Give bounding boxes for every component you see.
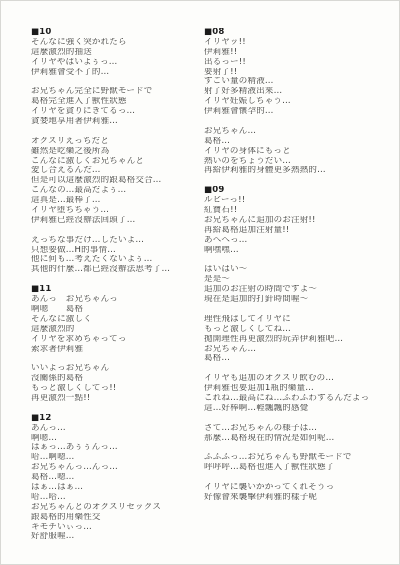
text-block: ふふふっ…お兄ちゃんも野獣モードで呼呼呼…葛格也進入了獸性狀態了 [204,453,392,473]
text-line: 他に何も…考えたくないよぅ… [31,255,203,265]
text-block: さて…お兄ちゃんの様子は…那麼…葛格現在的情況是如何呢… [204,424,392,444]
text-line: こんなに激しくお兄ちゃんと [31,157,203,167]
text-line: 其他的什麼…都已經沒辦法思考了… [31,265,203,275]
text-line: 追加のお注射の時間ですよ～ [204,285,392,295]
text-line: 索求著伊莉雅 [31,345,203,355]
text-block: お兄ちゃん…葛格…イリヤの身体にもっと熱いのをちょうだい…再給伊莉雅的身體更多熱… [204,127,392,176]
text-line: これね…最高にね…ふわふわするんだよっ [204,394,392,404]
text-block: ■08イリヤッ!!伊莉雅!!出るっー!!要射了!!すごい量の精液…射了好多精液出… [204,28,392,117]
text-line: そんなに激しく [31,315,203,325]
text-line: お兄ちゃん完全に野獣モードで [31,87,203,97]
text-line: 呼呼呼…葛格也進入了獸性狀態了 [204,463,392,473]
text-block: 理性飛ばしてイリヤにもっと激しくしてね…拋開理性再更激烈的玩弄伊莉雅吧…お兄ちゃ… [204,315,392,364]
text-line: あへへっ… [204,236,392,246]
text-line: 再給葛格追加注射量!! [204,226,392,236]
text-line: そんなに強く突かれたら [31,38,203,48]
document-page: ■10そんなに強く突かれたら這麼激烈的抽送イリヤやばいよぅっ…伊莉雅會受不了的…… [0,0,400,565]
text-line: 但是可以這麼激烈的跟葛格交合… [31,176,203,186]
text-line: 伊莉雅會受不了的… [31,68,203,78]
text-line: お兄ちゃん… [204,345,392,355]
section-header: ■09 [204,186,392,196]
section-header: ■10 [31,28,203,38]
text-line: 愛し合えるんだ… [31,166,203,176]
text-block: イリヤに襲いかかってくれそうっ好像會來襲擊伊莉雅的樣子呢 [204,483,392,503]
text-line: 這…好棒啊…輕飄飄的感覺 [204,404,392,414]
text-line: 再給伊莉雅的身體更多熱熱的… [204,166,392,176]
text-line: いいよっお兄ちゃん [31,364,203,374]
text-column-left: ■10そんなに強く突かれたら這麼激烈的抽送イリヤやばいよぅっ…伊莉雅會受不了的…… [31,28,203,542]
text-line: 啊嗯 葛格 [31,305,203,315]
text-line: 這麼激烈的 [31,325,203,335]
text-line: イリヤの身体にもっと [204,147,392,157]
text-block: えっちな事だけ…したいよ…只想要做…H的事情…他に何も…考えたくないよぅ…其他的… [31,236,203,276]
text-line: 再更激烈一點!! [31,394,203,404]
text-line: 那麼…葛格現在的情況是如何呢… [204,434,392,444]
text-line: イリヤ妊娠しちゃう… [204,97,392,107]
section-header: ■08 [204,28,392,38]
text-line: ルビーっ!! [204,196,392,206]
text-block: お兄ちゃん完全に野獣モードで葛格完全進入了獸性狀態イリヤを貪りにきてるっ…貪婪地… [31,87,203,127]
text-line: 貪婪地享用著伊莉雅… [31,117,203,127]
text-line: 是是～ [204,275,392,285]
text-line: はぁっ…あぅぅんっ… [31,443,203,453]
text-line: お兄ちゃんに追加のお注射!! [204,216,392,226]
text-line: あんっ お兄ちゃんっ [31,295,203,305]
text-line: 伊莉雅也要追加1瓶的藥量… [204,384,392,394]
text-column-right: ■08イリヤッ!!伊莉雅!!出るっー!!要射了!!すごい量の精液…射了好多精液出… [204,28,392,503]
text-line: あんっ… [31,424,203,434]
text-line: 理性飛ばしてイリヤに [204,315,392,325]
text-line: もっと激しくしてっ!! [31,384,203,394]
text-line: 現在是追加的打針時間喔～ [204,295,392,305]
text-line: 出るっー!! [204,58,392,68]
section-header: ■11 [31,285,203,295]
text-line: 射了好多精液出來… [204,87,392,97]
text-line: 拋開理性再更激烈的玩弄伊莉雅吧… [204,335,392,345]
text-block: いいよっお兄ちゃん沒關係的葛格もっと激しくしてっ!!再更激烈一點!! [31,364,203,404]
text-block: はいはい～是是～追加のお注射の時間ですよ～現在是追加的打針時間喔～ [204,265,392,305]
text-line: 好像會來襲擊伊莉雅的樣子呢 [204,493,392,503]
text-line: 跟葛格的用藥性交 [31,513,203,523]
text-line: オクスリえっちだと [31,137,203,147]
text-line: 沒關係的葛格 [31,374,203,384]
text-line: 伊莉雅已經沒辦法回頭了… [31,216,203,226]
text-line: さて…お兄ちゃんの様子は… [204,424,392,434]
text-line: ふふふっ…お兄ちゃんも野獣モードで [204,453,392,463]
text-line: 啊嗯… [31,434,203,444]
text-line: 啊嘿嘿… [204,246,392,256]
text-line: 這麼激烈的抽送 [31,48,203,58]
text-line: 好舒服喔… [31,532,203,542]
text-block: ■09ルビーっ!!紅寶石!!お兄ちゃんに追加のお注射!!再給葛格追加注射量!!あ… [204,186,392,255]
text-block: ■10そんなに強く突かれたら這麼激烈的抽送イリヤやばいよぅっ…伊莉雅會受不了的… [31,28,203,77]
text-line: えっちな事だけ…したいよ… [31,236,203,246]
text-line: イリヤを貪りにきてるっ… [31,107,203,117]
text-line: イリヤやばいよぅっ… [31,58,203,68]
text-line: 伊莉雅!! [204,48,392,58]
text-line: もっと激しくしてね… [204,325,392,335]
text-line: キモチいぃっ… [31,523,203,533]
section-header: ■12 [31,414,203,424]
text-line: 要射了!! [204,68,392,78]
text-line: 只想要做…H的事情… [31,246,203,256]
text-line: こんなの…最高だよぅ… [31,186,203,196]
text-line: 葛格完全進入了獸性狀態 [31,97,203,107]
text-line: 葛格…嗯… [31,473,203,483]
text-line: はいはい～ [204,265,392,275]
text-line: 哈…啊嗯… [31,453,203,463]
text-line: 葛格… [204,354,392,364]
text-line: お兄ちゃんっ…んっ… [31,463,203,473]
text-block: ■12あんっ…啊嗯…はぁっ…あぅぅんっ…哈…啊嗯…お兄ちゃんっ…んっ…葛格…嗯…… [31,414,203,543]
text-line: イリヤを求めちゃってっ [31,335,203,345]
text-line: イリヤ堕ちちゃう… [31,206,203,216]
text-line: イリヤッ!! [204,38,392,48]
text-line: 這真是…最棒了… [31,196,203,206]
text-line: イリヤも追加のオクスリ飲むの… [204,374,392,384]
text-block: オクスリえっちだと雖然是吃藥之後所為こんなに激しくお兄ちゃんと愛し合えるんだ…但… [31,137,203,226]
text-line: すごい量の精液… [204,77,392,87]
text-line: 雖然是吃藥之後所為 [31,147,203,157]
text-line: はぁ…はぁ… [31,483,203,493]
text-line: 葛格… [204,137,392,147]
text-line: お兄ちゃん… [204,127,392,137]
text-line: 伊莉雅會懷孕的… [204,107,392,117]
text-line: イリヤに襲いかかってくれそうっ [204,483,392,493]
text-block: イリヤも追加のオクスリ飲むの…伊莉雅也要追加1瓶的藥量…これね…最高にね…ふわふ… [204,374,392,414]
text-line: 紅寶石!! [204,206,392,216]
text-block: ■11あんっ お兄ちゃんっ啊嗯 葛格そんなに激しく這麼激烈的イリヤを求めちゃって… [31,285,203,354]
text-line: お兄ちゃんとのオクスリセックス [31,503,203,513]
text-line: 熱いのをちょうだい… [204,157,392,167]
text-line: 哈…哈… [31,493,203,503]
